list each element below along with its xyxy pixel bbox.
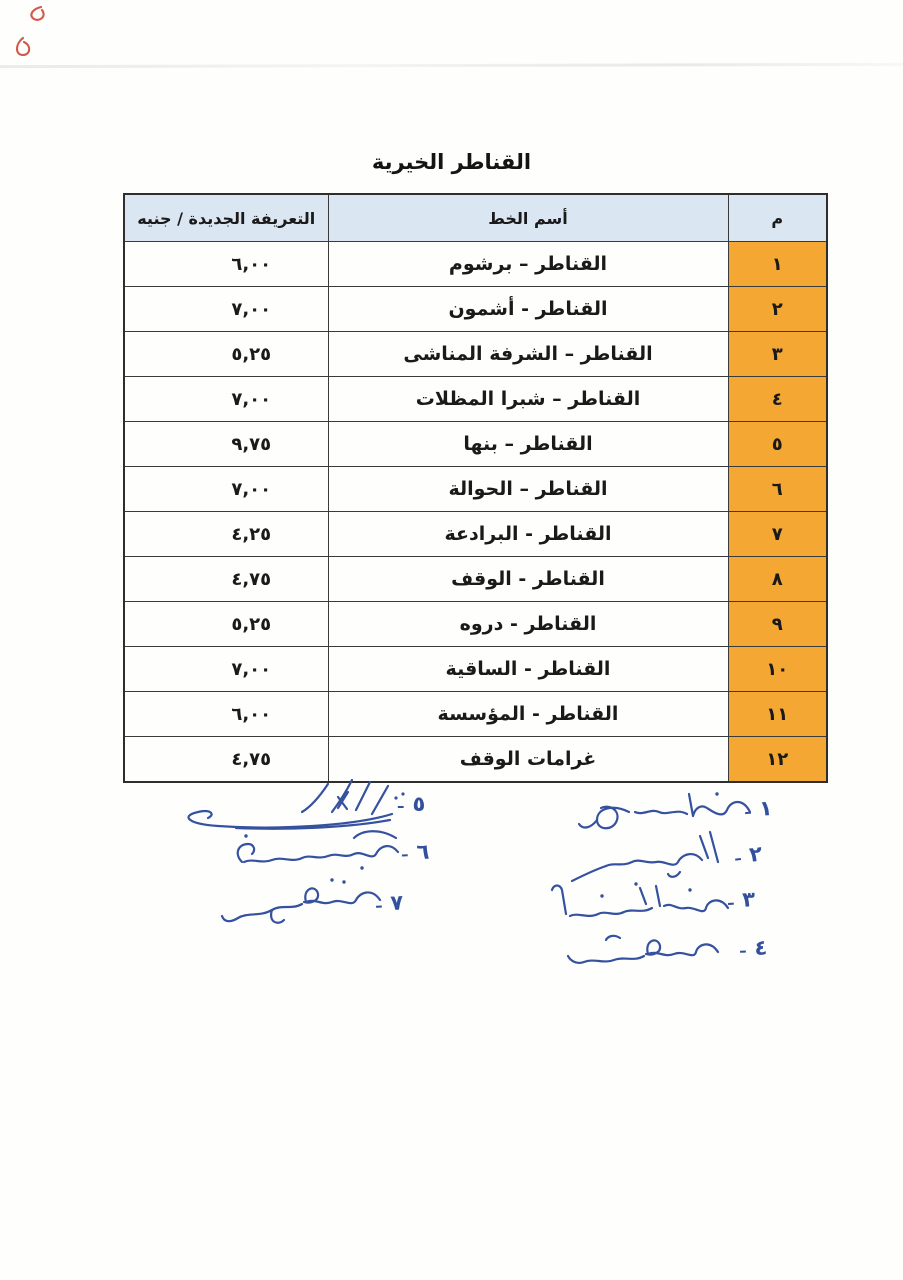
row-line-name: القناطر – الشرفة المناشى [328,332,728,377]
row-index: ١٢ [728,737,827,783]
signature-scribble [536,878,736,928]
table-header-row: م أسم الخط التعريفة الجديدة / جنيه [124,194,827,242]
signature-number: ٤ـ [739,937,767,959]
table-row: ٣ القناطر – الشرفة المناشى ٥,٢٥ [124,332,827,377]
row-line-name: القناطر - الساقية [328,647,728,692]
red-pen-marks [4,0,68,66]
row-line-name: القناطر - دروه [328,602,728,647]
row-line-name: القناطر - المؤسسة [328,692,728,737]
header-line-name: أسم الخط [328,194,728,242]
tariff-table: م أسم الخط التعريفة الجديدة / جنيه ١ الق… [123,193,828,783]
table-row: ٧ القناطر - البرادعة ٤,٢٥ [124,512,827,557]
row-tariff: ٤,٧٥ [124,557,328,602]
table-row: ١١ القناطر - المؤسسة ٦,٠٠ [124,692,827,737]
table-row: ١ القناطر – برشوم ٦,٠٠ [124,242,827,287]
row-tariff: ٥,٢٥ [124,602,328,647]
row-tariff: ٧,٠٠ [124,467,328,512]
row-tariff: ٧,٠٠ [124,377,328,422]
row-index: ٧ [728,512,827,557]
document-title: القناطر الخيرية [0,150,903,174]
row-index: ٤ [728,377,827,422]
row-tariff: ٥,٢٥ [124,332,328,377]
scan-artifact-line [0,63,903,68]
header-index: م [728,194,827,242]
row-index: ٥ [728,422,827,467]
row-line-name: القناطر – شبرا المظلات [328,377,728,422]
table-row: ٦ القناطر – الحوالة ٧,٠٠ [124,467,827,512]
row-index: ١٠ [728,647,827,692]
row-index: ٩ [728,602,827,647]
row-tariff: ٦,٠٠ [124,692,328,737]
signature-number: ٦ـ [402,842,430,864]
row-line-name: القناطر - أشمون [328,287,728,332]
row-tariff: ٧,٠٠ [124,647,328,692]
row-line-name: القناطر - الوقف [328,557,728,602]
row-line-name: القناطر - البرادعة [328,512,728,557]
row-index: ٣ [728,332,827,377]
header-tariff: التعريفة الجديدة / جنيه [124,194,328,242]
scanned-document-page: القناطر الخيرية م أسم الخط التعريفة الجد… [0,0,903,1280]
signature-scribble [556,786,756,834]
row-tariff: ٦,٠٠ [124,242,328,287]
row-tariff: ٤,٢٥ [124,512,328,557]
table-row: ٤ القناطر – شبرا المظلات ٧,٠٠ [124,377,827,422]
signature-scribble [220,870,388,928]
table-row: ٢ القناطر - أشمون ٧,٠٠ [124,287,827,332]
row-line-name: القناطر – الحوالة [328,467,728,512]
signature-number: ٢ـ [734,843,764,867]
row-tariff: ٩,٧٥ [124,422,328,467]
signature-scribble [556,828,726,884]
signature-scribble [222,822,404,874]
row-index: ١ [728,242,827,287]
row-index: ٨ [728,557,827,602]
signature-scribble [558,926,726,972]
table-row: ٩ القناطر - دروه ٥,٢٥ [124,602,827,647]
row-index: ٦ [728,467,827,512]
table-row: ٥ القناطر – بنها ٩,٧٥ [124,422,827,467]
row-index: ٢ [728,287,827,332]
row-index: ١١ [728,692,827,737]
table-row: ١٠ القناطر - الساقية ٧,٠٠ [124,647,827,692]
table-row: ٨ القناطر - الوقف ٤,٧٥ [124,557,827,602]
row-line-name: القناطر – برشوم [328,242,728,287]
row-line-name: القناطر – بنها [328,422,728,467]
row-tariff: ٧,٠٠ [124,287,328,332]
